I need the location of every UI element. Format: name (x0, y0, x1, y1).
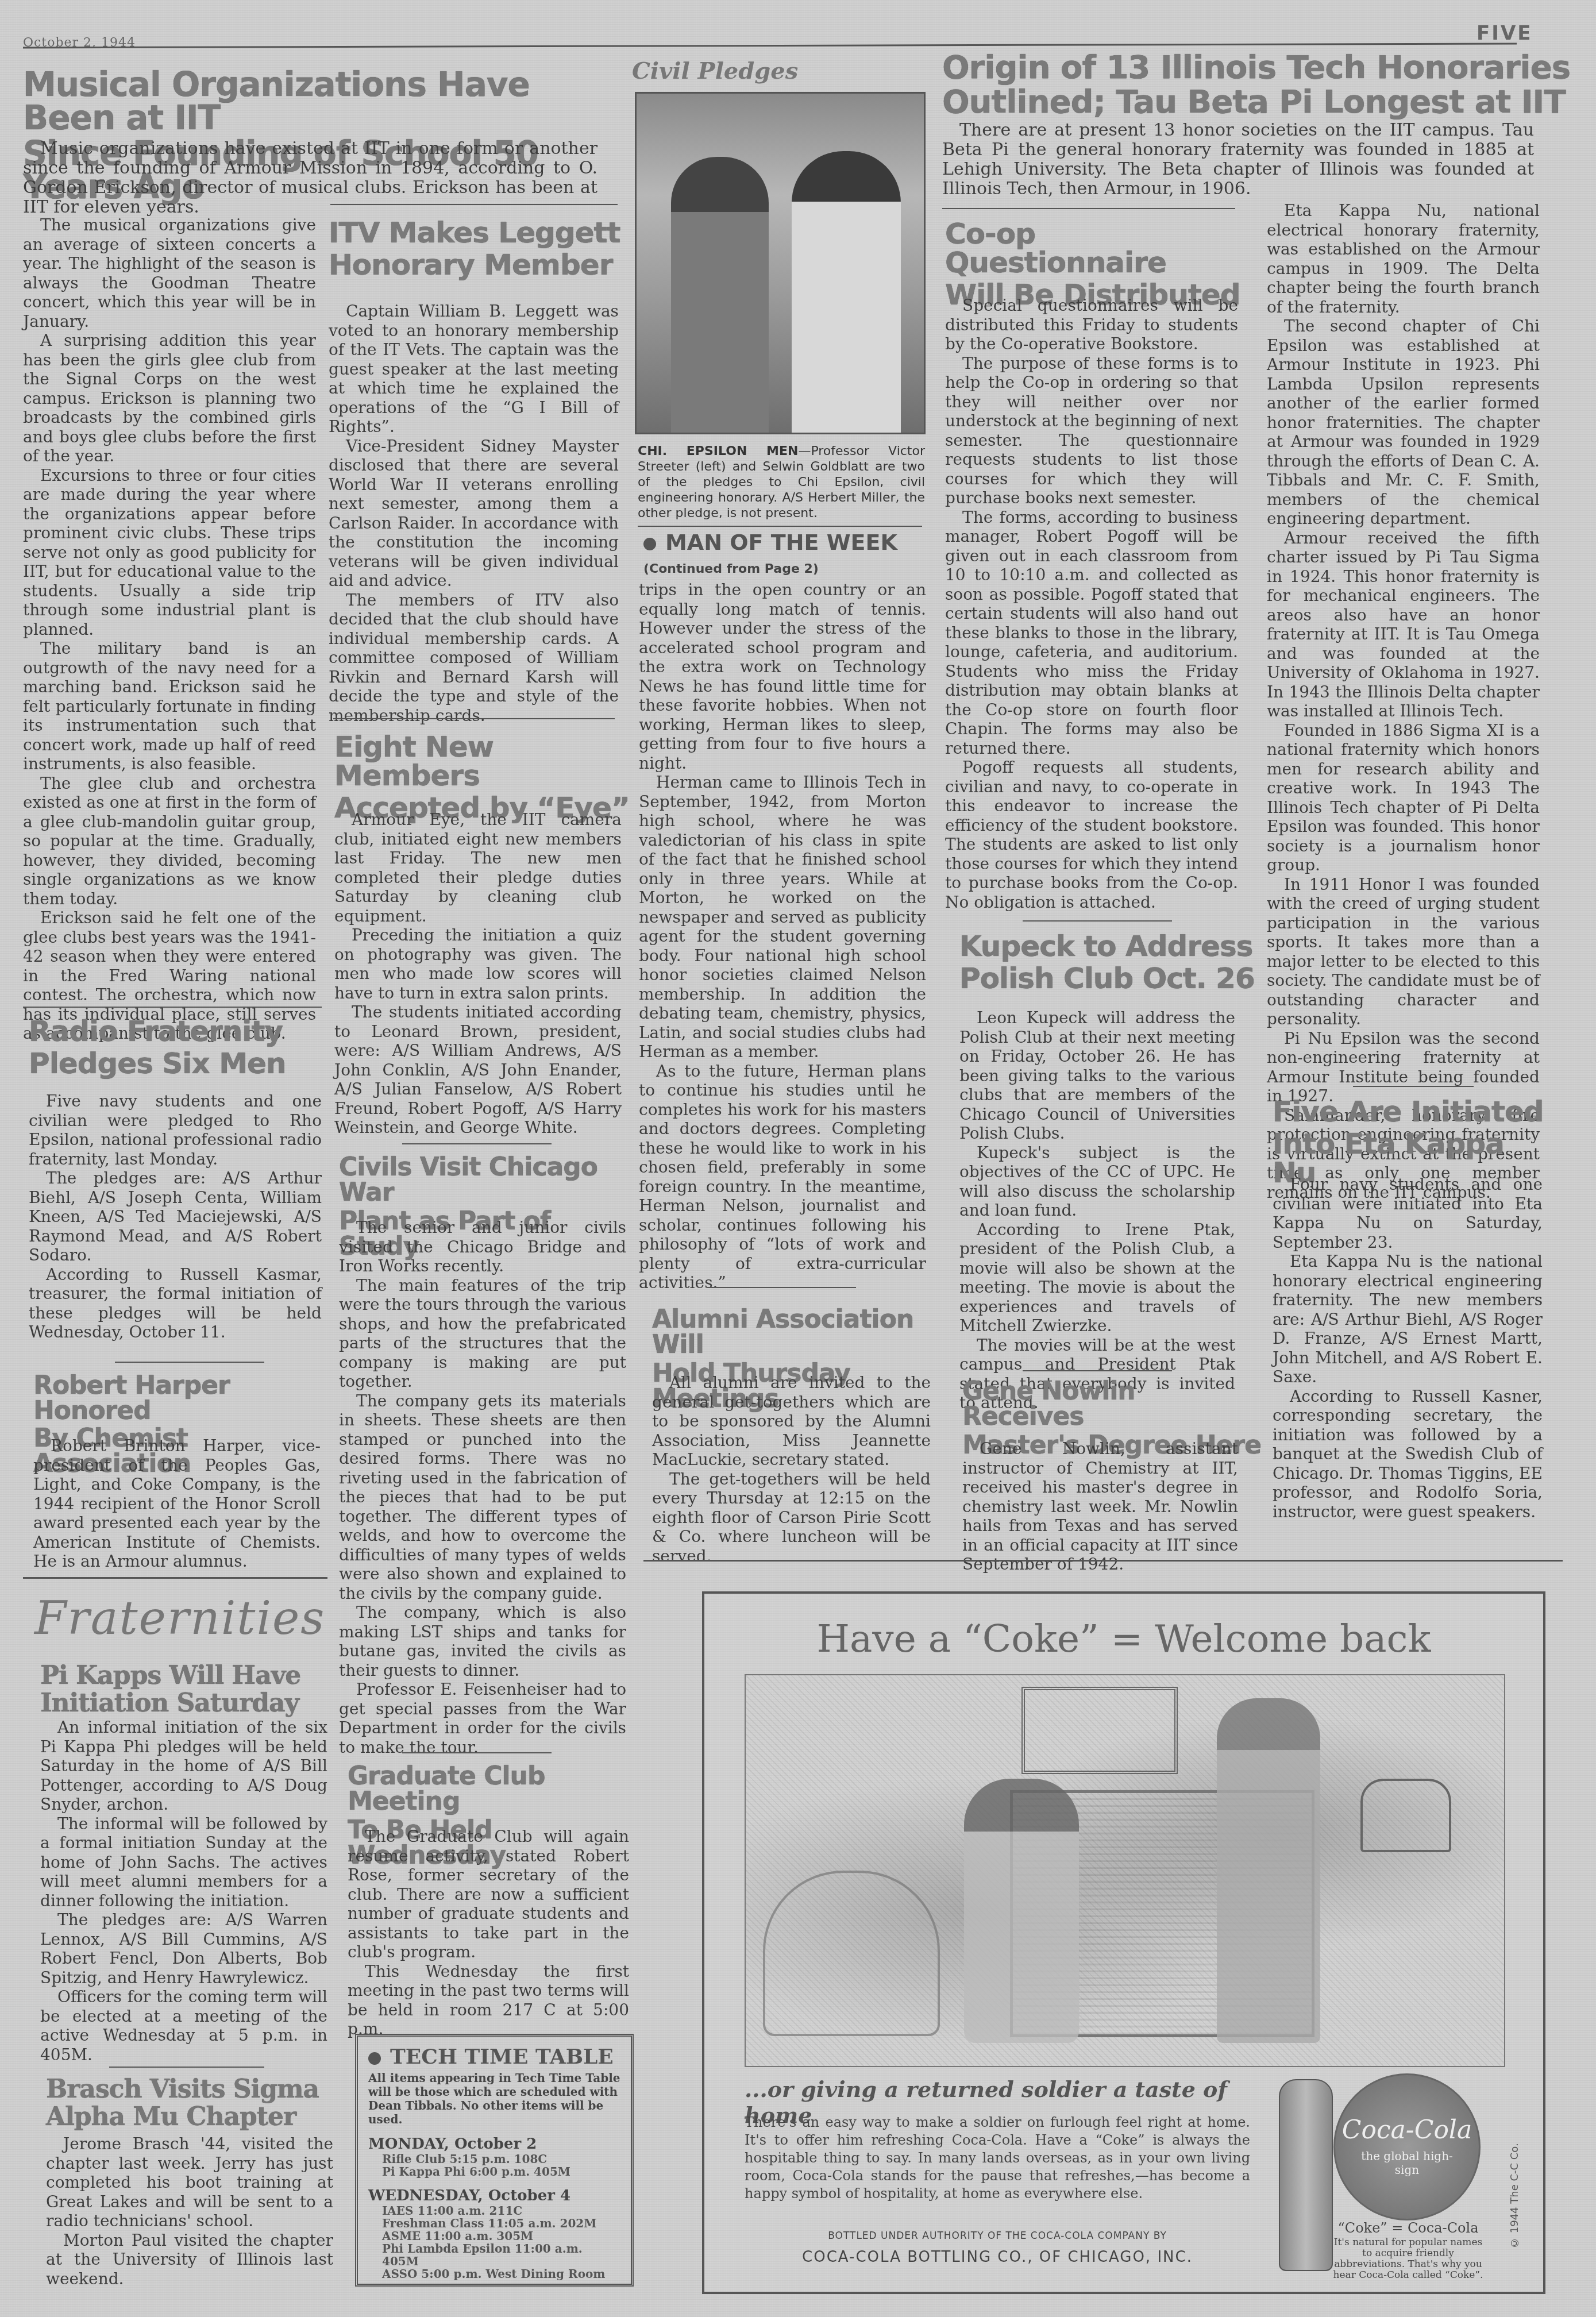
coke-equation: “Coke” = Coca-Cola (1331, 2220, 1486, 2236)
kicker: MAN OF THE WEEK (643, 530, 897, 555)
article-body: Special questionnaires will be distribut… (945, 296, 1238, 912)
photo-section-title: Civil Pledges (632, 57, 798, 84)
article-body: Five navy students and one civilian were… (29, 1092, 322, 1342)
article-body: An informal initiation of the six Pi Kap… (40, 1718, 327, 2064)
coke-note: It's natural for popular names to acquir… (1331, 2237, 1486, 2281)
divider (707, 1287, 856, 1288)
photo-person-right (792, 151, 901, 433)
article-body: All alumni are invited to the general ge… (652, 1373, 931, 1566)
article-body: Leon Kupeck will address the Polish Club… (959, 1008, 1235, 1413)
timetable-day: MONDAY, October 2 (368, 2135, 620, 2153)
ad-copyright: © 1944 The C-C Co. (1509, 2099, 1521, 2249)
coca-cola-logo: Coca-Cola the global high-sign (1333, 2073, 1481, 2220)
coca-cola-advertisement: Have a “Coke” = Welcome back ...or givin… (702, 1591, 1545, 2294)
article-body: The Graduate Club will again resume acti… (348, 1827, 629, 2039)
illustration-lamp-icon (1360, 1779, 1451, 1852)
divider (402, 1752, 552, 1753)
divider (942, 208, 1235, 209)
headline: Origin of 13 Illinois Tech Honoraries Ou… (942, 52, 1574, 118)
timetable-item: Pi Kappa Phi 6:00 p.m. 405M (368, 2165, 620, 2178)
article-body: trips in the open country or an equally … (639, 580, 926, 1293)
headline-line-1: Musical Organizations Have Been at IIT (23, 68, 632, 134)
timetable-note: All items appearing in Tech Time Table w… (368, 2071, 620, 2126)
divider (109, 2067, 264, 2068)
timetable-item: IAES 11:00 a.m. 211C (368, 2204, 620, 2217)
masthead-rule (23, 43, 1517, 49)
timetable-item: ASME 11:00 a.m. 305M (368, 2230, 620, 2242)
headline: Brasch Visits Sigma Alpha Mu Chapter (46, 2077, 333, 2130)
headline: Eight New Members Accepted by “Eye” (334, 733, 633, 822)
article-lead: Music organizations have existed at IIT … (23, 139, 597, 217)
illustration-woman-icon (964, 1779, 1079, 2043)
photo-chi-epsilon-men (635, 92, 926, 434)
divider (1023, 920, 1172, 922)
illustration-couple-icon (763, 1871, 940, 2036)
ad-body-copy: There's an easy way to make a soldier on… (745, 2114, 1250, 2203)
article-body: Jerome Brasch '44, visited the chapter l… (46, 2134, 333, 2288)
headline: Kupeck to Address Polish Club Oct. 26 (959, 932, 1258, 993)
ad-illustration (745, 1674, 1505, 2067)
article-body: The senior and junior civils visited the… (339, 1218, 626, 1757)
divider (23, 1007, 322, 1008)
divider (115, 1362, 264, 1363)
ad-authority: BOTTLED UNDER AUTHORITY OF THE COCA-COLA… (745, 2230, 1250, 2242)
timetable-item: Phi Lambda Epsilon 11:00 a.m. 405M (368, 2242, 620, 2268)
continued-note: (Continued from Page 2) (643, 562, 819, 576)
divider (333, 718, 615, 719)
coke-bottle-icon (1279, 2079, 1333, 2271)
bullet-icon (643, 538, 656, 550)
timetable-item: Rifle Club 5:15 p.m. 108C (368, 2153, 620, 2165)
bullet-icon (368, 2052, 381, 2065)
divider (402, 1143, 552, 1144)
timetable-item: ASSO 5:00 p.m. West Dining Room (368, 2268, 620, 2280)
divider (643, 1560, 1563, 1562)
section-title-fraternities: Fraternities (34, 1591, 299, 1645)
ad-bottler: COCA-COLA BOTTLING CO., OF CHICAGO, INC. (745, 2249, 1250, 2266)
article-lead: There are at present 13 honor societies … (942, 121, 1534, 199)
illustration-frame-icon (1021, 1687, 1178, 1774)
headline: Pi Kapps Will Have Initiation Saturday (40, 1663, 327, 1716)
headline: Five Are Initiated Into Eta Kappa Nu (1273, 1097, 1548, 1187)
ad-headline: Have a “Coke” = Welcome back (704, 1617, 1543, 1661)
photo-person-left (671, 157, 769, 433)
divider (23, 1577, 327, 1579)
divider (1353, 1086, 1474, 1087)
timetable-title: TECH TIME TABLE (368, 2045, 620, 2069)
timetable-day: WEDNESDAY, October 4 (368, 2187, 620, 2204)
tech-time-table: TECH TIME TABLE All items appearing in T… (355, 2034, 634, 2287)
photo-caption: CHI. EPSILON MEN—Professor Victor Street… (638, 444, 925, 521)
article-body: Captain William B. Leggett was voted to … (329, 302, 619, 725)
article-body: Gene Nowlin, assistant instructor of Che… (962, 1439, 1238, 1574)
timetable-item: Freshman Class 11:05 a.m. 202M (368, 2217, 620, 2230)
article-body: Eta Kappa Nu, national electrical honora… (1267, 201, 1540, 1202)
article-body: The musical organizations give an averag… (23, 215, 316, 1043)
page-number: FIVE (1477, 22, 1532, 45)
article-body: Robert Brinton Harper, vice-president of… (33, 1436, 321, 1571)
headline: Radio Fraternity Pledges Six Men (29, 1017, 322, 1078)
headline: ITV Makes Leggett Honorary Member (329, 218, 627, 279)
divider (638, 526, 922, 527)
article-body: Four navy students and one civilian were… (1273, 1175, 1543, 1521)
divider (330, 204, 618, 205)
divider (1023, 1370, 1172, 1371)
illustration-soldier-icon (1217, 1698, 1320, 2043)
article-body: Armour Eye, the IIT camera club, initiat… (334, 810, 622, 1138)
